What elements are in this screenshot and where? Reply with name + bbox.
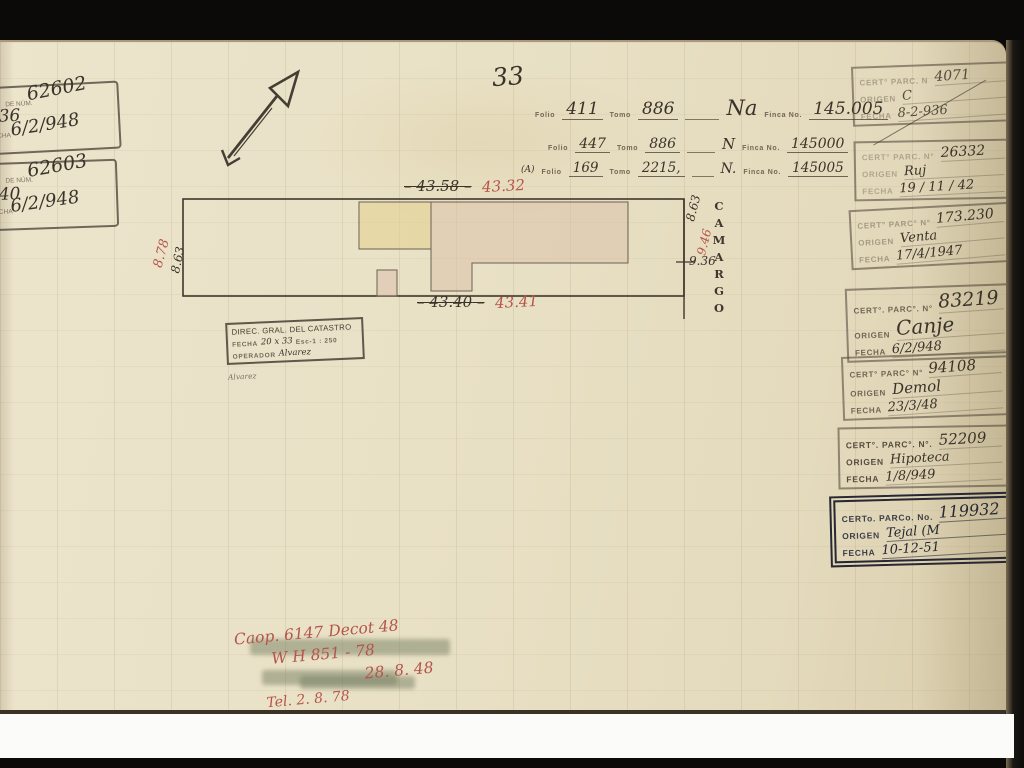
cert-stamp-2: CERT° PARC. N°26332 ORIGENRuj FECHA19 / … xyxy=(853,139,1012,202)
origen-label: ORIGEN xyxy=(862,170,898,180)
tomo-label: Tomo xyxy=(617,145,638,153)
escala-value: Esc-1 : 250 xyxy=(296,337,338,346)
origen-label: ORIGEN xyxy=(854,330,890,340)
sheet-number: 33 xyxy=(491,61,525,92)
registry-line-1: Folio 411 Tomo 886 Na Finca No. 145.005 xyxy=(528,96,888,120)
fecha-value: 20 x 33 xyxy=(261,336,293,347)
cert-stamp-6: CERT°. PARC°. N°.52209 ORIGENHipoteca FE… xyxy=(837,425,1010,490)
dimension-corrected: 43.41 xyxy=(494,292,538,312)
scanned-cadastral-sheet: DE NÚM. FECHA 62602 736 6/2/948 DE NÚM. … xyxy=(0,0,1024,768)
finca-label: Finca No. xyxy=(743,169,781,177)
ingreso-stamp-1: DE NÚM. FECHA 62602 736 6/2/948 xyxy=(0,80,122,155)
catastro-office-stamp: DIREC. GRAL. DEL CATASTRO FECHA 20 x 33 … xyxy=(225,317,365,365)
ingreso-stamp-2: DE NÚM. FECHA 62603 940 6/2/948 xyxy=(0,159,119,232)
middle-flourish: Na xyxy=(726,96,757,120)
dimension-old: 43.58 xyxy=(404,177,472,195)
fecha-label: FECHA xyxy=(232,341,258,349)
ruled-blank xyxy=(687,152,715,153)
top-dimension: 43.58 43.32 xyxy=(404,177,524,195)
north-arrow-icon xyxy=(214,66,319,176)
middle-flourish: N xyxy=(722,135,735,153)
cert-stamp-1: CERT° PARC. N4071 ORIGENC FECHA8-2-936 xyxy=(851,61,1015,127)
cert-stamp-5: CERT° PARC° N°94108 ORIGENDemol FECHA23/… xyxy=(841,351,1011,421)
folio-label: Folio xyxy=(548,145,568,153)
red-annotation-block: Caop. 6147 Decot 48 W H 851 - 78 28. 8. … xyxy=(233,613,436,715)
origen-label: ORIGEN xyxy=(858,237,894,248)
finca-label: Finca No. xyxy=(742,145,780,153)
fecha-label: FECHA xyxy=(842,547,875,558)
fecha-label: FECHA xyxy=(859,254,890,265)
bottom-dimension: 43.40 43.41 xyxy=(417,293,537,311)
cert-header: CERT° PARC. N° xyxy=(862,152,935,162)
street-name: CAMARGO xyxy=(712,199,726,307)
cert-stamp-7: CERTo. PARCo. No.119932 ORIGENTejal (M F… xyxy=(833,496,1015,564)
origen-label: ORIGEN xyxy=(860,94,896,104)
tomo-label: Tomo xyxy=(610,112,631,120)
finca-value: 145000 xyxy=(787,136,848,153)
fecha-label: FECHA xyxy=(846,474,879,485)
fecha-label: FECHA xyxy=(851,406,882,416)
finca-value: 145005 xyxy=(788,160,848,177)
origen-label: ORIGEN xyxy=(850,388,886,398)
origen-label: ORIGEN xyxy=(846,457,884,468)
cert-header: CERT°. PARC°. N°. xyxy=(846,439,933,451)
finca-label: Finca No. xyxy=(764,112,802,120)
dimension-corrected: 43.32 xyxy=(481,176,525,196)
stamp-printed-label: FECHA xyxy=(0,132,11,140)
cert-stamp-3: CERT° PARC° N°173.230 ORIGENVenta FECHA1… xyxy=(849,202,1014,270)
fecha-label: FECHA xyxy=(861,111,892,121)
dimension-old: 43.40 xyxy=(417,293,485,311)
scan-background-bottom xyxy=(0,714,1014,758)
folio-value: 411 xyxy=(562,99,602,120)
folio-value: 447 xyxy=(575,136,610,153)
operador-value: Alvarez xyxy=(278,347,311,358)
operador-label: OPERADOR xyxy=(232,352,275,361)
origen-label: ORIGEN xyxy=(842,530,880,541)
operator-signature: Alvarez xyxy=(228,371,257,381)
tomo-value: 886 xyxy=(645,136,680,153)
tomo-value: 886 xyxy=(638,99,678,120)
registry-line-2: Folio 447 Tomo 886 N Finca No. 145000 xyxy=(541,135,848,153)
ruled-blank xyxy=(685,119,719,120)
folio-label: Folio xyxy=(535,112,555,120)
scan-background-right xyxy=(1006,40,1024,768)
fecha-label: FECHA xyxy=(862,187,893,197)
